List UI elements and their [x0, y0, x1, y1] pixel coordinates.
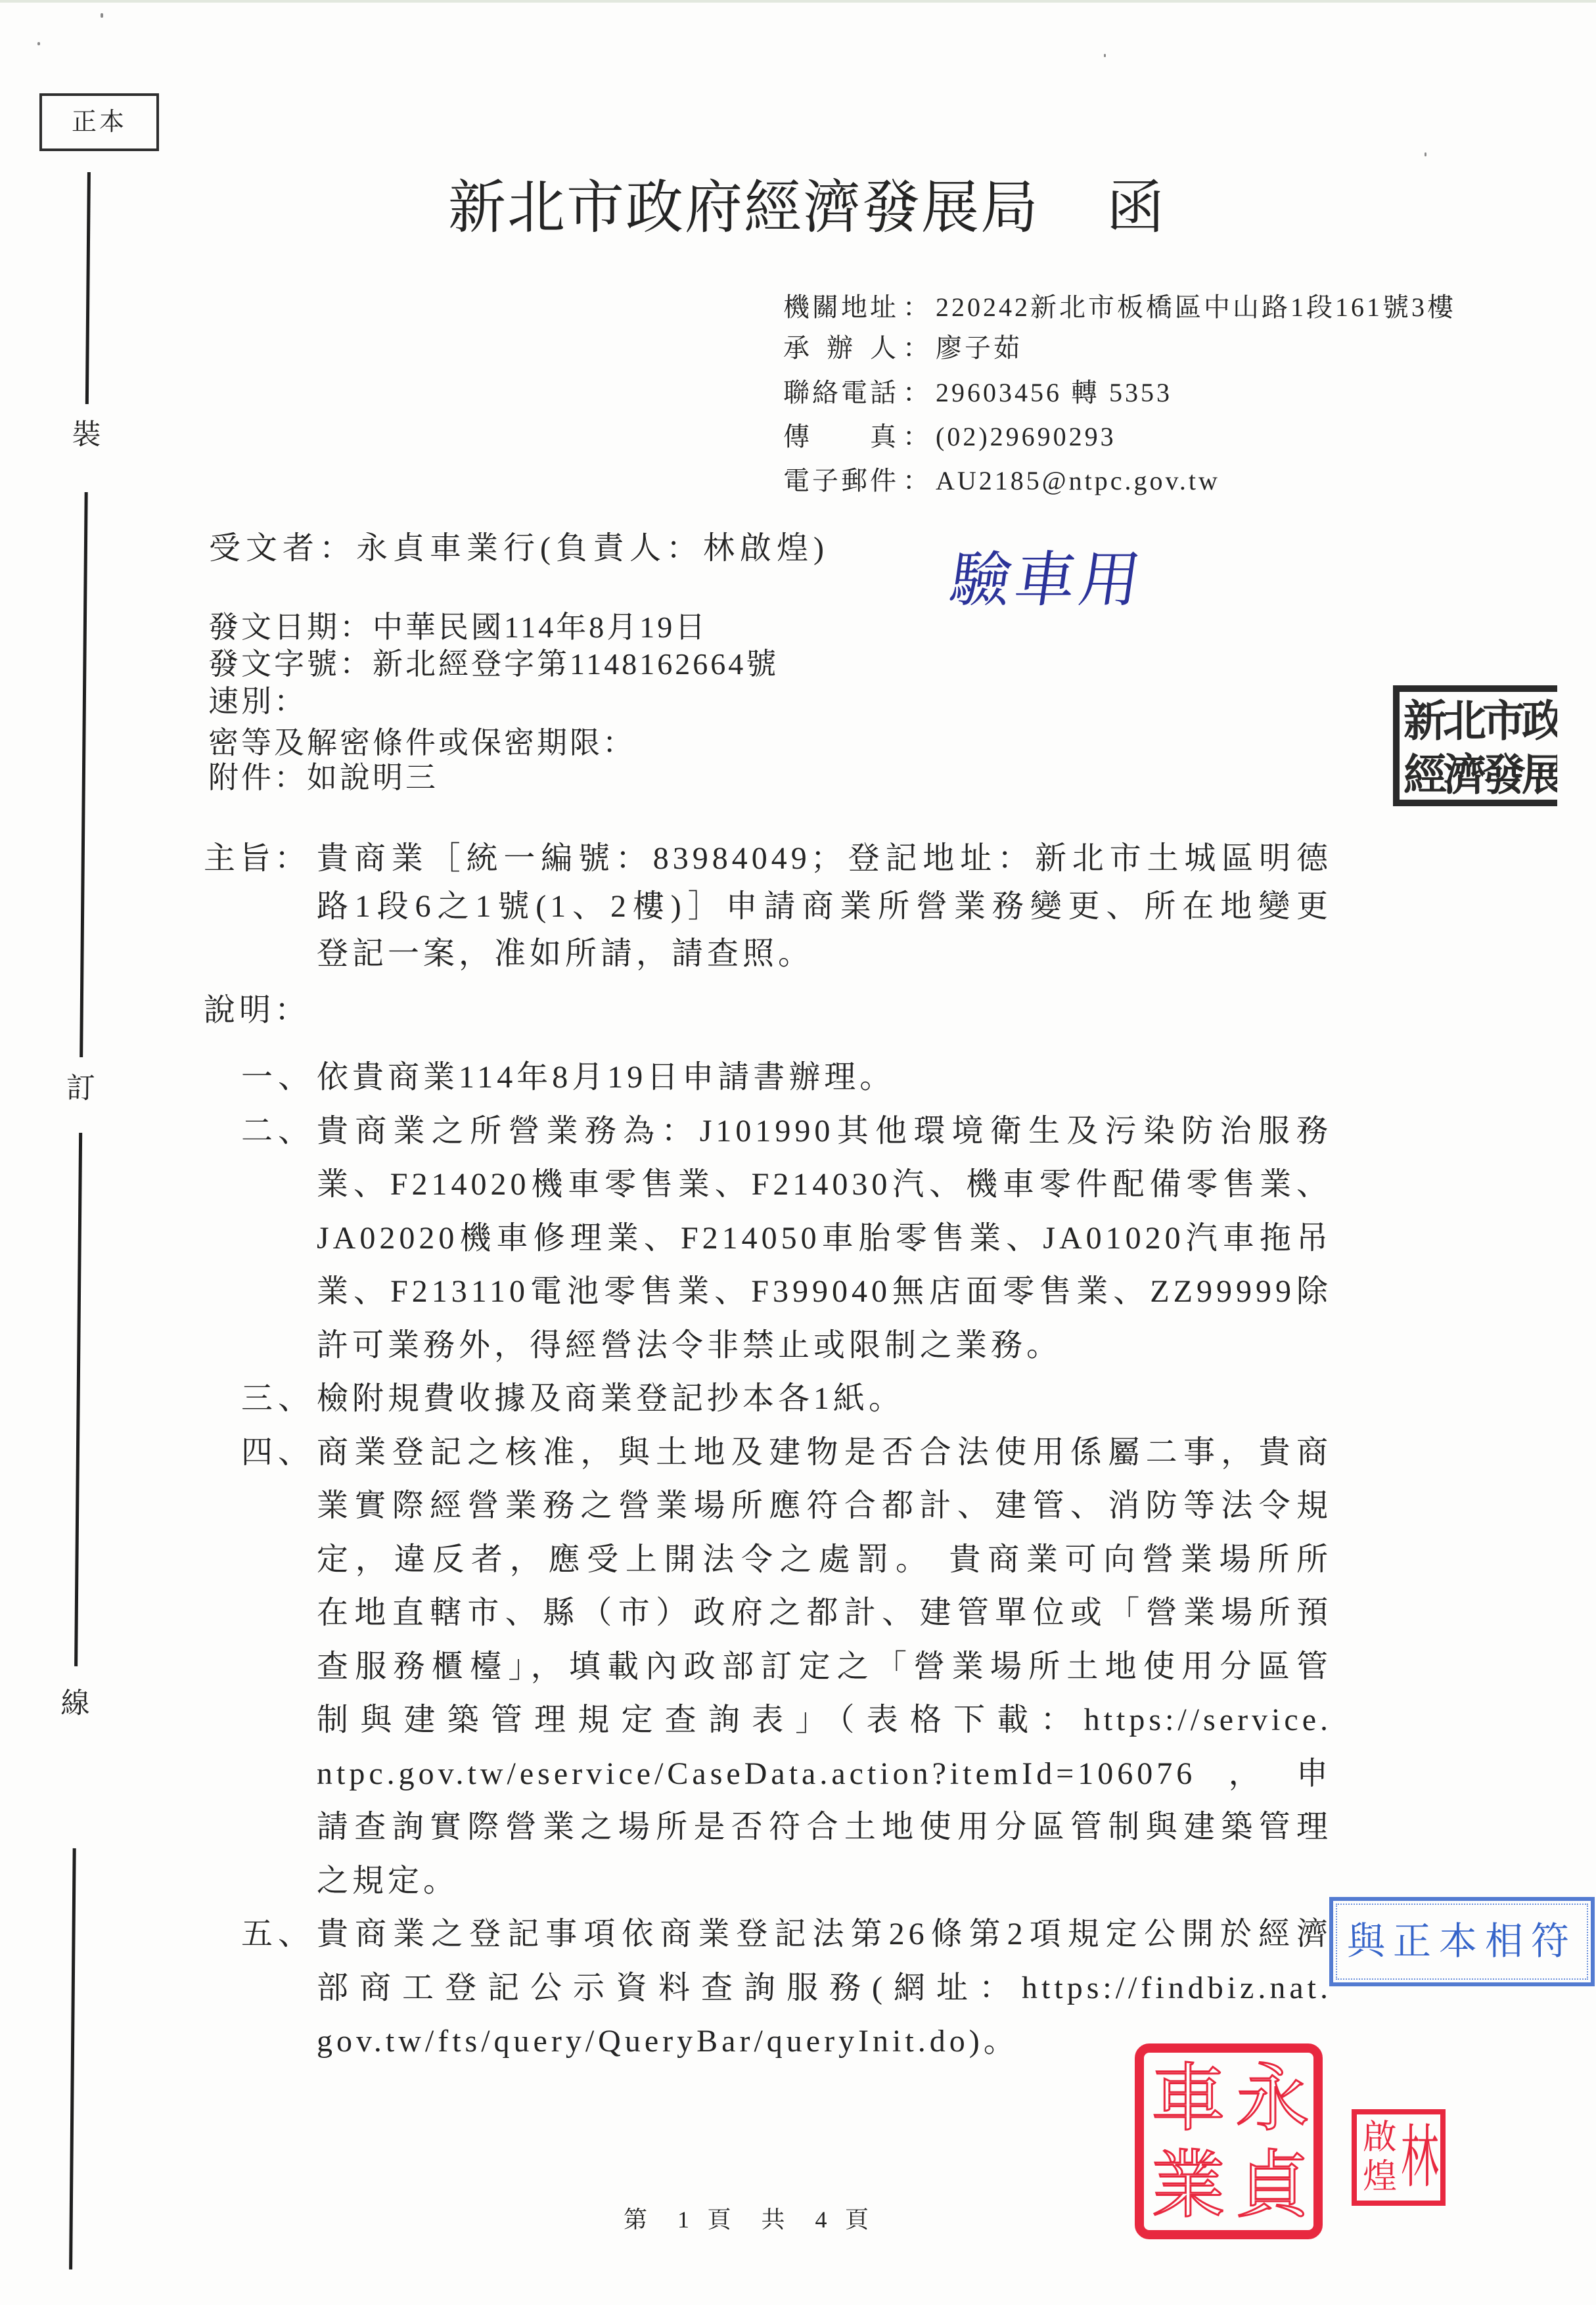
company-seal-char: 車 — [1147, 2056, 1229, 2141]
subject-line: 登記一案，准如所請，請查照。 — [317, 934, 1332, 974]
binding-line-segment — [85, 172, 91, 404]
page-number: 第 1 頁 共 4 頁 — [624, 2203, 869, 2236]
original-copy-label: 正本 — [72, 110, 127, 135]
handwritten-note: 驗車用 — [945, 537, 1150, 623]
label-separator: ： — [275, 841, 310, 876]
phone-label: 聯絡電話 — [783, 377, 896, 409]
explanation-line: 許可業務外，得經營法令非禁止或限制之業務。 — [317, 1326, 1332, 1365]
explanation-line: 貴商業之登記事項依商業登記法第26條第2項規定公開於經濟 — [317, 1915, 1332, 1954]
owner-seal-char: 林 — [1400, 2085, 1440, 2229]
fax-value: (02)29690293 — [936, 421, 1116, 453]
certified-copy-stamp: 與正本相符 — [1329, 1897, 1595, 1986]
email-row: 電子郵件 ： AU2185@ntpc.gov.tw — [783, 465, 1220, 497]
document-page: 正本 裝 訂 線 新北市政府經濟發展局 函 機關地址 ： 220242新北市板橋… — [0, 0, 1596, 2305]
explanation-item-marker: 一、 — [241, 1058, 315, 1097]
phone-value: 29603456 轉 5353 — [936, 377, 1172, 409]
certified-copy-stamp-text: 與正本相符 — [1347, 1923, 1577, 1961]
company-seal-char: 貞 — [1231, 2143, 1313, 2228]
explanation-line: 定，違反者，應受上開法令之處罰。 貴商業可向營業場所所 — [317, 1540, 1332, 1580]
scan-speck — [1425, 152, 1426, 156]
explanation-line: 業、F214020機車零售業、F214030汽、機車零件配備零售業、 — [317, 1165, 1332, 1204]
explanation-line: 查服務櫃檯」，填載內政部訂定之「營業場所土地使用分區管 — [317, 1647, 1332, 1687]
explanation-line: 貴商業之所營業務為：J101990其他環境衛生及污染防治服務 — [317, 1112, 1332, 1151]
binding-line-segment — [80, 492, 88, 1057]
explanation-item-marker: 四、 — [241, 1433, 315, 1472]
owner-seal-char: 啟 — [1361, 2118, 1399, 2157]
owner-seal-char: 煌 — [1361, 2158, 1399, 2196]
explanation-line: 請查詢實際營業之場所是否符合土地使用分區管制與建築管理 — [317, 1808, 1332, 1847]
issue-date-row: 發文日期：中華民國114年8月19日 — [208, 611, 708, 644]
explanation-item-marker: 二、 — [241, 1112, 315, 1151]
urgency-label: 速別 — [208, 685, 274, 718]
explanation-line: ntpc.gov.tw/eservice/CaseData.action?ite… — [317, 1754, 1332, 1794]
company-seal: 永 貞 車 業 — [1135, 2043, 1323, 2239]
binding-line: 裝 訂 線 — [0, 171, 173, 2270]
recipient-value: 永貞車業行(負責人：林啟煌) — [356, 531, 829, 566]
explanation-line: 業、F213110電池零售業、F399040無店面零售業、ZZ99999除 — [317, 1272, 1332, 1312]
document-number-row: 發文字號：新北經登字第1148162664號 — [208, 648, 779, 681]
explanation-line: 制與建築管理規定查詢表」（表格下載：https://service. — [317, 1700, 1332, 1740]
scan-speck — [1104, 54, 1106, 57]
case-officer-value: 廖子茹 — [936, 332, 1022, 365]
classification-row: 密等及解密條件或保密期限： — [208, 727, 635, 760]
label-separator: ： — [319, 531, 356, 566]
company-seal-char: 永 — [1231, 2056, 1313, 2141]
email-value: AU2185@ntpc.gov.tw — [936, 465, 1220, 497]
agency-address-value: 220242新北市板橋區中山路1段161號3樓 — [936, 291, 1456, 324]
original-copy-label-box: 正本 — [39, 93, 159, 151]
scan-speck — [101, 13, 103, 18]
agency-seal-row: 新北市政 — [1403, 695, 1557, 748]
recipient-row: 受文者：永貞車業行(負責人：林啟煌) — [209, 529, 829, 568]
label-separator: ： — [340, 610, 373, 644]
agency-seal-row: 經濟發展 — [1403, 748, 1557, 802]
document-number-label: 發文字號 — [208, 647, 340, 681]
attachment-label: 附件 — [208, 761, 274, 794]
binding-mark-bind: 裝 — [70, 419, 103, 451]
phone-row: 聯絡電話 ： 29603456 轉 5353 — [783, 377, 1172, 409]
owner-seal: 林 啟 煌 — [1352, 2109, 1446, 2206]
case-officer-label: 承辦人 — [783, 332, 896, 365]
company-seal-char: 業 — [1147, 2143, 1229, 2228]
document-title: 新北市政府經濟發展局 — [448, 176, 1039, 242]
explanation-line: 業實際經營業務之營業場所應符合都計、建管、消防等法令規 — [317, 1486, 1332, 1526]
issue-date-value: 中華民國114年8月19日 — [373, 610, 708, 644]
urgency-row: 速別： — [208, 685, 307, 718]
scan-speck — [37, 42, 40, 45]
explanation-line: 在地直轄市、縣（市）政府之都計、建管單位或「營業場所預 — [317, 1593, 1332, 1633]
fax-row: 傳真 ： (02)29690293 — [783, 421, 1116, 453]
issue-date-label: 發文日期 — [208, 610, 340, 644]
binding-line-segment — [69, 1848, 76, 2270]
document-number-value: 新北經登字第1148162664號 — [373, 647, 779, 681]
binding-line-segment — [74, 1133, 82, 1666]
binding-mark-staple: 訂 — [64, 1072, 97, 1105]
label-separator: ： — [274, 761, 307, 794]
scan-edge-artifact — [0, 0, 1596, 3]
attachment-row: 附件：如說明三 — [208, 762, 438, 794]
label-separator: ： — [896, 421, 936, 453]
agency-address-row: 機關地址 ： 220242新北市板橋區中山路1段161號3樓 — [783, 291, 1456, 324]
label-separator: ： — [274, 685, 307, 718]
classification-label: 密等及解密條件或保密期限 — [208, 726, 603, 760]
explanation-item-marker: 三、 — [241, 1379, 315, 1419]
binding-mark-line: 線 — [58, 1687, 91, 1720]
email-label: 電子郵件 — [783, 465, 896, 497]
recipient-label: 受文者 — [209, 531, 319, 566]
label-separator: ： — [896, 465, 936, 497]
explanation-item-marker: 五、 — [241, 1915, 315, 1954]
explanation-line: 部商工登記公示資料查詢服務(網址：https://findbiz.nat. — [317, 1969, 1332, 2008]
label-separator: ： — [896, 291, 936, 324]
label-separator: ： — [340, 647, 373, 681]
agency-seal-stamp: 新北市政 經濟發展 — [1393, 685, 1557, 806]
label-separator: ： — [896, 377, 936, 409]
attachment-value: 如說明三 — [307, 761, 438, 794]
explanation-line: JA02020機車修理業、F214050車胎零售業、JA01020汽車拖吊 — [317, 1219, 1332, 1258]
label-separator: ： — [603, 726, 635, 760]
subject-line: 路1段6之1號(1、2樓)］申請商業所營業務變更、所在地變更 — [317, 887, 1332, 926]
explanation-line: 依貴商業114年8月19日申請書辦理。 — [317, 1058, 1332, 1097]
subject-line: 貴商業［統一編號：83984049；登記地址：新北市土城區明德 — [317, 839, 1332, 879]
agency-address-label: 機關地址 — [783, 291, 896, 324]
document-type-label: 函 — [1106, 176, 1164, 242]
explanation-label: 說明： — [204, 991, 310, 1030]
label-separator: ： — [896, 332, 936, 365]
label-separator: ： — [275, 993, 310, 1028]
fax-label: 傳真 — [783, 421, 896, 453]
case-officer-row: 承辦人 ： 廖子茹 — [783, 332, 1022, 365]
subject-label-text: 主旨 — [204, 841, 275, 876]
explanation-line: 檢附規費收據及商業登記抄本各1紙。 — [317, 1379, 1332, 1419]
explanation-line: 之規定。 — [317, 1861, 1332, 1901]
explanation-label-text: 說明 — [204, 993, 275, 1028]
subject-label: 主旨： — [204, 839, 310, 879]
explanation-line: 商業登記之核准，與土地及建物是否合法使用係屬二事，貴商 — [317, 1433, 1332, 1472]
